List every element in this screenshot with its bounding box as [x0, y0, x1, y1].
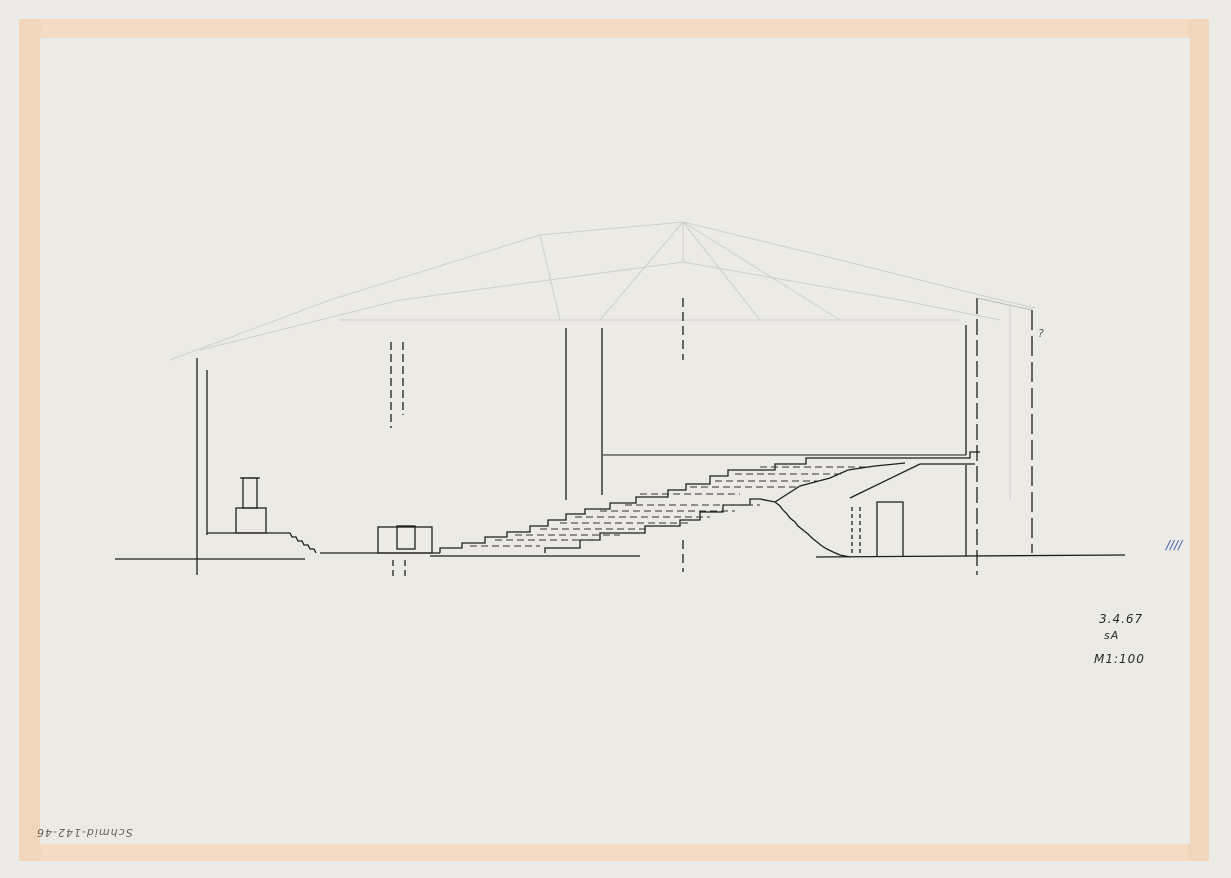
question-mark-note: ?	[1038, 327, 1045, 340]
date-annotation: 3.4.67	[1099, 612, 1143, 626]
section-drawing	[0, 0, 1231, 878]
seating-hidden-lines	[470, 467, 870, 546]
archive-reference: Schmid-142-46	[36, 826, 133, 839]
ink-linework	[115, 298, 1125, 580]
scale-annotation: M1:100	[1094, 652, 1145, 666]
blue-pen-mark: ////	[1166, 538, 1182, 552]
initials-annotation: sA	[1104, 629, 1119, 642]
